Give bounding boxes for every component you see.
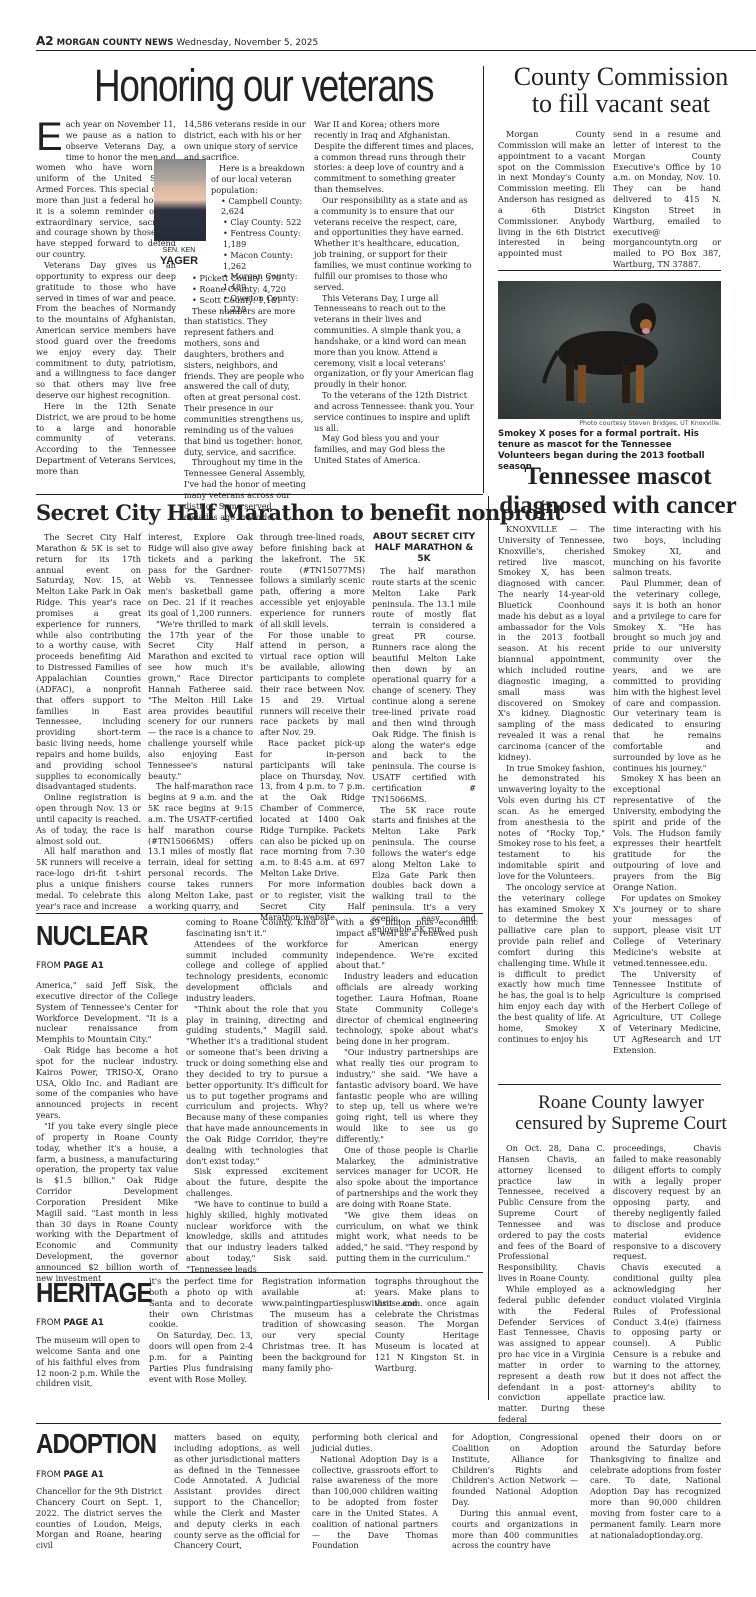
column-rule xyxy=(483,66,484,493)
adoption-col5: opened their doors on or around the Satu… xyxy=(590,1432,721,1540)
senator-photo xyxy=(154,159,206,241)
adoption-col3: performing both clerical and judicial du… xyxy=(312,1432,438,1551)
page-folio: A2 MORGAN COUNTY NEWS Wednesday, Novembe… xyxy=(36,34,318,48)
heritage-col3: Registration information available at: w… xyxy=(262,1276,366,1374)
heritage-from: FROM PAGE A1 xyxy=(36,1318,104,1328)
photo-credit: Photo courtesy Steven Bridges, UT Knoxvi… xyxy=(498,420,721,427)
heritage-jump-head: HERITAGE xyxy=(36,1277,152,1309)
commission-col1: Morgan County Commission will make an ap… xyxy=(498,129,605,259)
lawyer-col2: proceedings, Chavis failed to make reaso… xyxy=(613,1143,721,1403)
lawyer-col1: On Oct. 28, Dana C. Hansen Chavis, an at… xyxy=(498,1143,605,1425)
section-rule xyxy=(36,494,483,495)
heritage-col4: tographs throughout the years. Make plan… xyxy=(375,1276,479,1374)
dropcap: E xyxy=(36,121,63,153)
commission-headline: County Commission to fill vacant seat xyxy=(490,63,752,118)
marathon-col4: The half marathon route starts at the sc… xyxy=(372,566,476,935)
county-campbell: • Campbell County: 2,624 xyxy=(211,196,307,218)
marathon-headline: Secret City Half Marathon to benefit non… xyxy=(36,500,563,526)
marathon-col1: The Secret City Half Marathon & 5K is se… xyxy=(36,532,141,912)
about-heading: ABOUT SECRET CITY HALF MARATHON & 5K xyxy=(372,532,476,565)
dog-illustration xyxy=(498,281,721,419)
veterans-col2-bottom: • Pickett County: 370 • Roane County: 4,… xyxy=(184,273,306,522)
issue-date: Wednesday, November 5, 2025 xyxy=(176,38,318,48)
nuclear-jump-head: NUCLEAR xyxy=(36,920,148,952)
heritage-col2: it's the perfect time for both a photo o… xyxy=(149,1276,253,1384)
column-rule xyxy=(488,496,489,1400)
veterans-col3: War II and Korea; others more recently i… xyxy=(314,119,474,466)
mascot-col1: KNOXVILLE — The University of Tennessee,… xyxy=(498,524,605,1045)
section-rule xyxy=(36,1423,721,1424)
section-rule xyxy=(36,913,483,914)
veterans-col2-top: 14,586 veterans reside in our district, … xyxy=(184,119,306,162)
nuclear-col3: with a $9 billion plus economic impact a… xyxy=(336,917,478,1264)
adoption-jump-head: ADOPTION xyxy=(36,1428,156,1460)
folio-rule xyxy=(36,50,756,51)
heritage-col1: The museum will open to welcome Santa an… xyxy=(36,1335,140,1389)
nuclear-col2: coming to Roane County. Kind of fascinat… xyxy=(186,917,328,1275)
byline: SEN. KEN YAGER xyxy=(150,246,208,267)
county-fentress: • Fentress County: 1,189 xyxy=(211,228,307,250)
county-clay: • Clay County: 522 xyxy=(211,217,307,228)
veterans-headline: Honoring our veterans xyxy=(94,60,433,112)
adoption-from: FROM PAGE A1 xyxy=(36,1470,104,1480)
smokey-photo xyxy=(498,281,721,419)
section-rule xyxy=(498,1084,721,1085)
marathon-col2: interest, Explore Oak Ridge will also gi… xyxy=(148,532,253,912)
section-rule xyxy=(36,1272,483,1273)
lawyer-headline: Roane County lawyer censured by Supreme … xyxy=(490,1092,752,1134)
section-rule xyxy=(498,270,721,271)
marathon-col3: through tree-lined roads, before finishi… xyxy=(260,532,365,922)
commission-col2: send in a resume and letter of interest … xyxy=(613,129,721,270)
adoption-col4: for Adoption, Congressional Coalition on… xyxy=(452,1432,578,1551)
county-roane: • Roane County: 4,720 xyxy=(184,284,306,295)
adoption-col2: matters based on equity, including adopt… xyxy=(174,1432,300,1551)
adoption-col1: Chancellor for the 9th District Chancery… xyxy=(36,1486,162,1551)
page-number: A2 xyxy=(36,34,54,48)
nuclear-col1: America," said Jeff Sisk, the executive … xyxy=(36,980,178,1284)
nuclear-from: FROM PAGE A1 xyxy=(36,961,104,971)
publication-name: MORGAN COUNTY NEWS xyxy=(57,38,174,48)
county-scott: • Scott County: 1,181 xyxy=(184,295,306,306)
mascot-col2: time interacting with his two boys, incl… xyxy=(613,524,721,1055)
county-macon: • Macon County: 1,262 xyxy=(211,250,307,272)
county-pickett: • Pickett County: 370 xyxy=(184,273,306,284)
